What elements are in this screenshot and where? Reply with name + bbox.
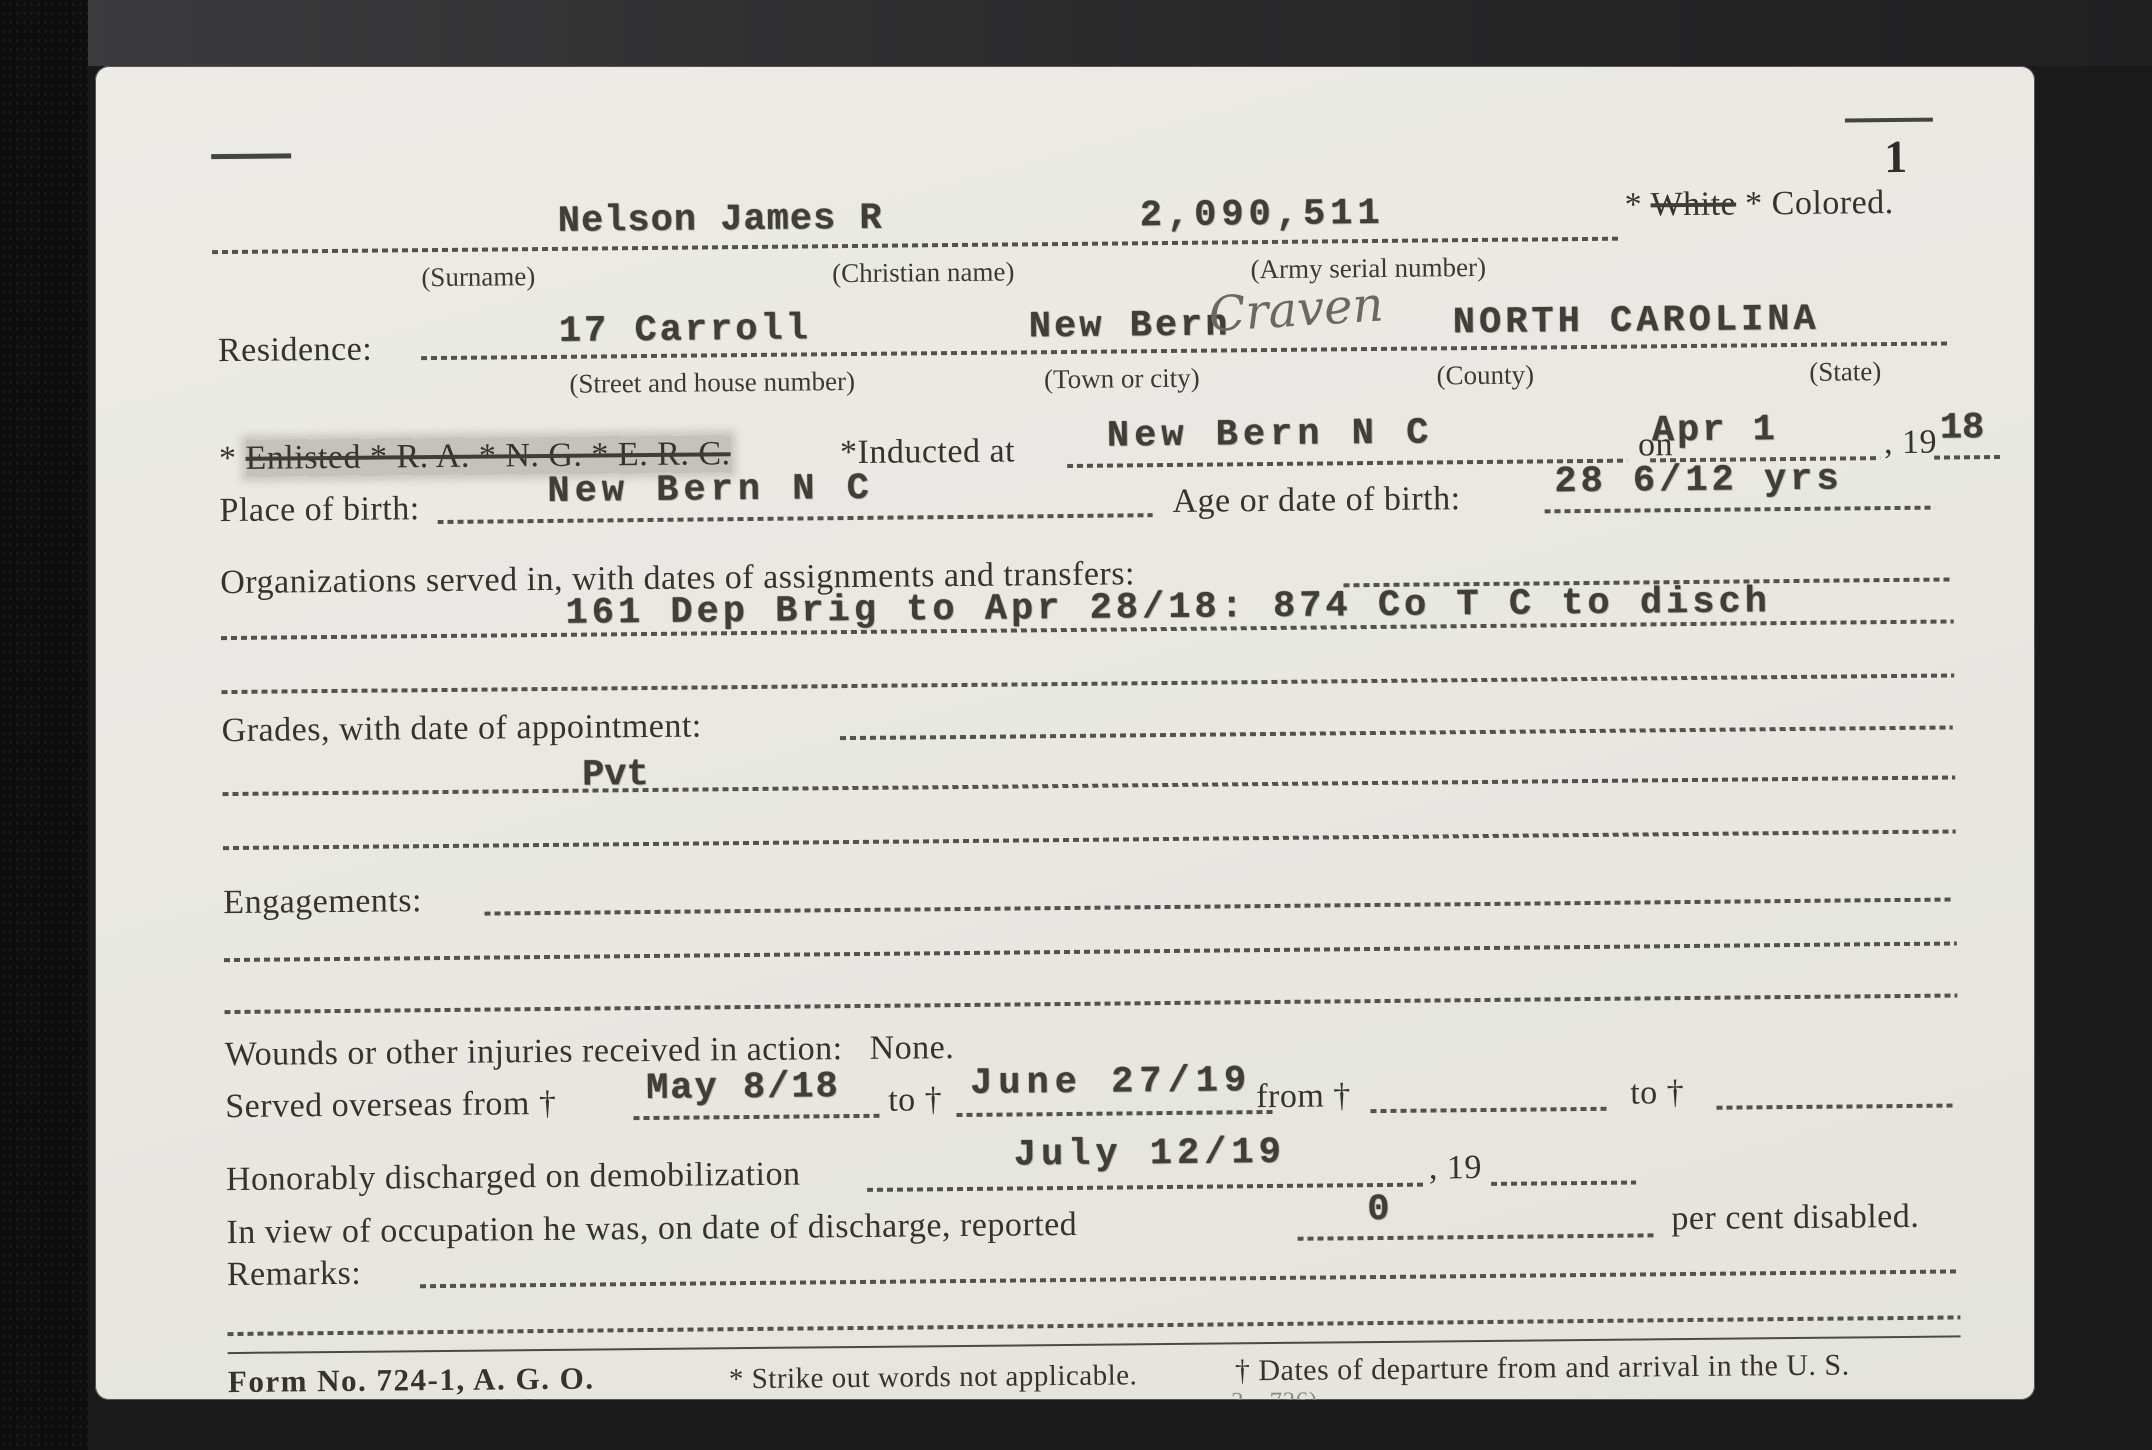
departure-dates-note: † Dates of departure from and arrival in… [1235,1348,1850,1388]
street-caption: (Street and house number) [569,366,844,400]
surname-caption: (Surname) [390,261,566,294]
inducted-at-label: *Inducted at [840,432,1015,472]
christian-name-caption: (Christian name) [808,256,1038,289]
engagements-label: Engagements: [223,882,422,922]
race-white-label-struck: White [1650,186,1736,224]
record-card: 1 Nelson James R 2,090,511 * White * Col… [95,66,2035,1400]
overseas-to-rule [956,1110,1276,1117]
discharge-year-rule [1491,1181,1636,1186]
name-rule-line [212,237,1622,255]
street-value: 17 Carroll [559,308,811,352]
organizations-rule-2 [221,673,1954,694]
residence-label: Residence: [218,331,373,370]
grades-label-rule [840,725,1953,740]
disability-percent-value: 0 [1367,1189,1390,1231]
disability-suffix-label: per cent disabled. [1671,1198,1919,1238]
remarks-label: Remarks: [227,1255,362,1294]
overseas-to-value: June 27/19 [970,1060,1252,1105]
induction-place-value: New Bern N C [1107,412,1434,457]
discharge-date-value: July 12/19 [1014,1132,1286,1177]
race-designation: * White * Colored. [1625,184,1894,225]
serial-number-value: 2,090,511 [1140,193,1385,237]
page-number-overline [1845,118,1933,123]
disability-rule [1298,1233,1656,1240]
wounds-row: Wounds or other injuries received in act… [225,1029,955,1074]
year-prefix: , 19 [1884,424,1937,463]
page-number: 1 [1884,130,1908,183]
age-value: 28 6/12 yrs [1554,459,1843,504]
state-caption: (State) [1759,356,1931,389]
town-caption: (Town or city) [1019,362,1224,395]
discharge-rule [867,1183,1425,1192]
town-value: New Bern [1029,304,1231,348]
wounds-value: None. [869,1029,954,1067]
remarks-rule-2 [227,1315,1960,1336]
overseas-to2-rule [1716,1103,1956,1109]
induction-place-rule [1067,459,1627,468]
grades-rule-1 [222,775,1955,796]
induction-year-rule [1934,455,2000,460]
discharge-year-prefix: , 19 [1429,1149,1482,1188]
race-colored-label: Colored. [1771,184,1893,222]
strike-out-note: * Strike out words not applicable. [729,1359,1138,1396]
card-content: 1 Nelson James R 2,090,511 * White * Col… [95,66,2035,1400]
enlisted-label-struck: Enlisted [245,439,361,477]
grades-rule-2 [223,829,1956,850]
overseas-to2-label: to † [1630,1074,1684,1113]
induction-date-value: Apr 1 [1652,409,1778,452]
asterisk: * [219,440,237,477]
print-code: 3—736) [1231,1388,1318,1400]
birth-place-rule [438,513,1153,524]
birth-place-value: New Bern N C [547,468,874,513]
engagements-rule-1 [224,941,1957,962]
scan-top-border [88,0,2152,66]
overseas-to-label: to † [888,1081,942,1120]
age-label: Age or date of birth: [1172,480,1460,521]
disability-label: In view of occupation he was, on date of… [226,1206,1077,1252]
scan-left-border [0,0,88,1450]
county-caption: (County) [1399,359,1571,392]
overseas-from-rule [633,1114,883,1120]
birth-place-label: Place of birth: [219,490,419,530]
engagements-rule-2 [224,993,1957,1014]
age-rule [1545,506,1935,514]
name-value: Nelson James R [558,198,883,243]
form-date: Nov. 22, 1919. [361,1393,546,1400]
overseas-from-value: May 8/18 [646,1066,840,1110]
overseas-from2-rule [1370,1107,1610,1113]
induction-year-value: 18 [1940,407,1985,449]
grade-value: Pvt [582,754,649,797]
overseas-from-label: Served overseas from † [225,1085,556,1126]
county-value-handwritten: Craven [1207,276,1385,343]
remarks-label-rule [420,1269,1960,1288]
asterisk: * [1625,186,1643,223]
asterisk: * [1745,185,1763,222]
grades-label: Grades, with date of appointment: [222,707,702,750]
engagements-label-rule [484,897,1954,915]
scanned-record-page: 1 Nelson James R 2,090,511 * White * Col… [0,0,2152,1450]
discharge-label: Honorably discharged on demobilization [226,1156,801,1200]
top-left-dash-mark [211,153,291,159]
state-value: NORTH CAROLINA [1453,299,1820,345]
